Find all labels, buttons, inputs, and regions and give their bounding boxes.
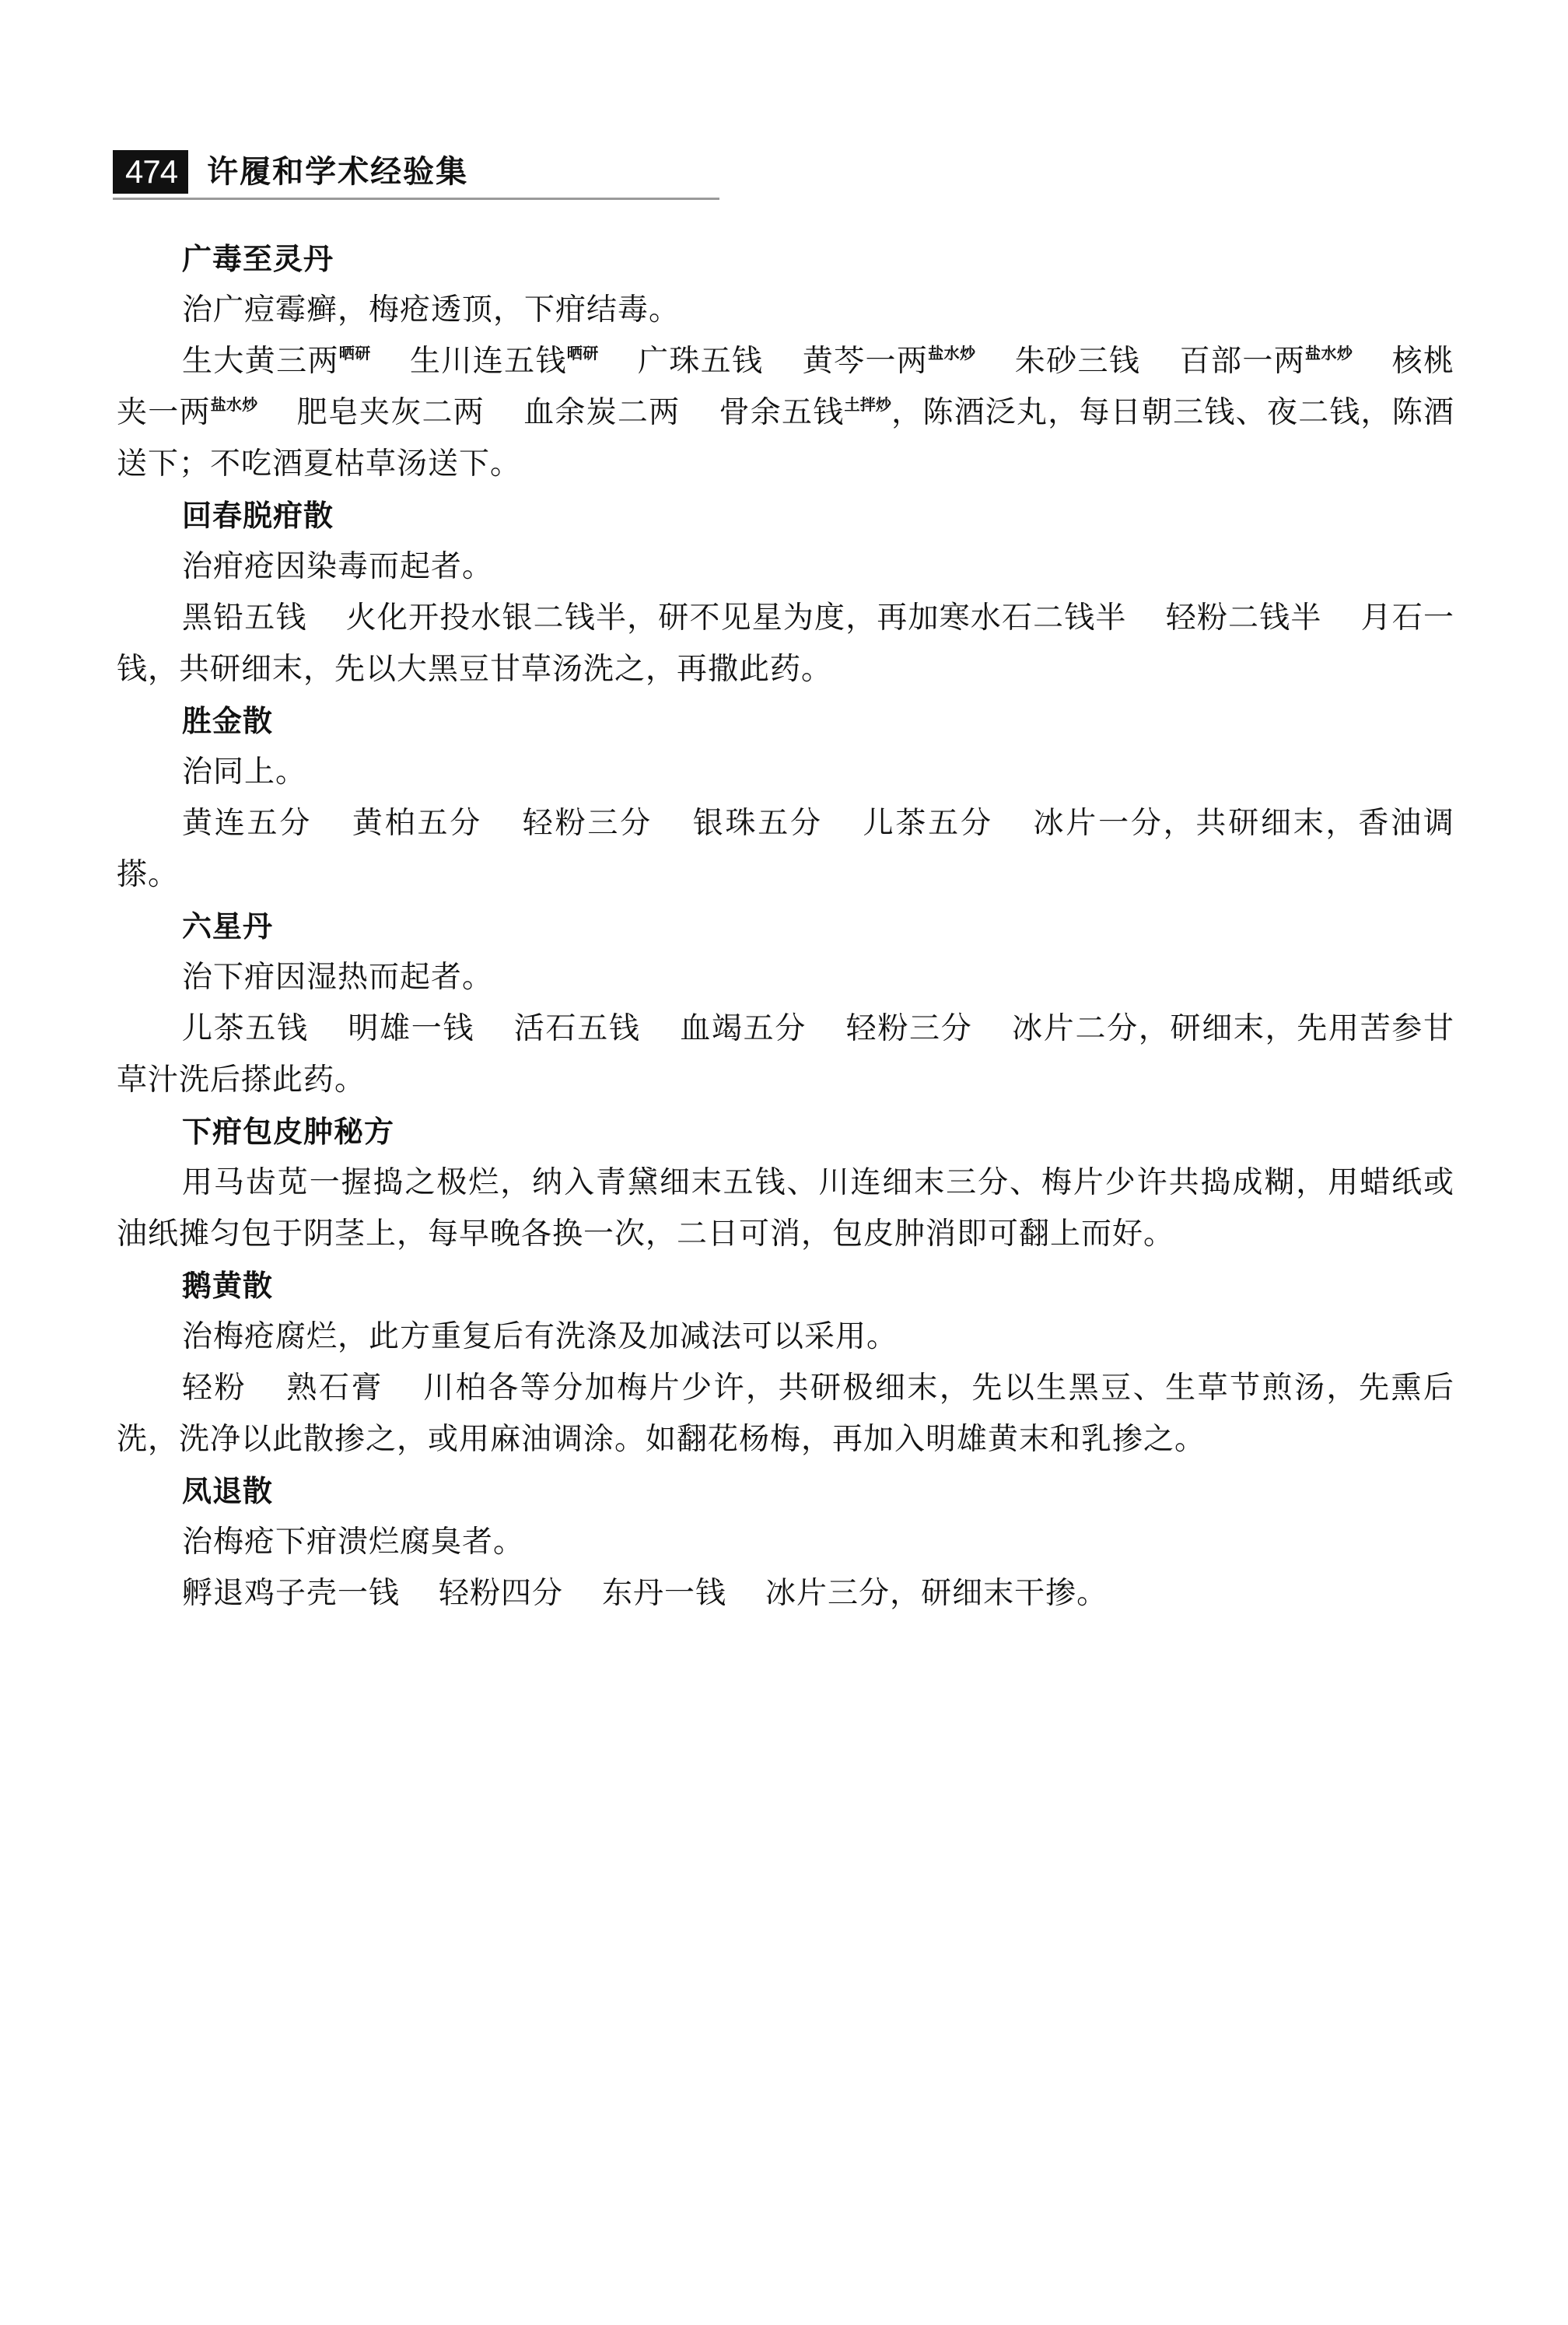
prep-note: 晒研 xyxy=(567,344,599,362)
recipe-formula: 孵退鸡子壳一钱轻粉四分东丹一钱冰片三分，研细末干掺。 xyxy=(117,1568,1454,1619)
ingredient: 儿茶五分 xyxy=(862,806,993,841)
recipe: 广毒至灵丹 治广痘霉癣，梅疮透顶，下疳结毒。 生大黄三两晒研生川连五钱晒研广珠五… xyxy=(117,233,1454,490)
prep-note: 盐水炒 xyxy=(928,344,975,362)
recipe-indication: 治同上。 xyxy=(117,747,1454,798)
recipe-indication: 治疳疮因染毒而起者。 xyxy=(117,541,1454,593)
ingredient: 轻粉 xyxy=(182,1371,247,1406)
ingredient: 黄芩一两 xyxy=(802,344,928,379)
recipe-method: ，研细末干掺。 xyxy=(890,1576,1108,1611)
ingredient: 银珠五分 xyxy=(691,806,823,841)
ingredient: 广珠五钱 xyxy=(638,344,764,379)
recipe-indication: 治梅疮腐烂，此方重复后有洗涤及加减法可以采用。 xyxy=(117,1311,1454,1363)
header-divider xyxy=(113,198,719,200)
ingredient: 朱砂三钱 xyxy=(1014,344,1140,379)
ingredient: 肥皂夹灰二两 xyxy=(296,395,485,430)
page-body: 广毒至灵丹 治广痘霉癣，梅疮透顶，下疳结毒。 生大黄三两晒研生川连五钱晒研广珠五… xyxy=(117,233,1454,1619)
recipe-title: 广毒至灵丹 xyxy=(117,233,1454,285)
ingredient: 轻粉二钱半 xyxy=(1166,601,1322,636)
recipe-indication: 治梅疮下疳溃烂腐臭者。 xyxy=(117,1517,1454,1568)
recipe-formula: 生大黄三两晒研生川连五钱晒研广珠五钱黄芩一两盐水炒朱砂三钱百部一两盐水炒核桃夹一… xyxy=(117,336,1454,490)
prep-note: 土拌炒 xyxy=(844,395,891,414)
ingredient: 黑铅五钱 xyxy=(182,601,307,636)
recipe-title: 回春脱疳散 xyxy=(117,490,1454,541)
ingredient: 生川连五钱 xyxy=(410,344,567,379)
ingredient: 生大黄三两 xyxy=(182,344,339,379)
ingredient: 百部一两 xyxy=(1179,344,1305,379)
ingredient: 活石五钱 xyxy=(513,1011,640,1046)
prep-note: 盐水炒 xyxy=(1305,344,1353,362)
recipe: 六星丹 治下疳因湿热而起者。 儿茶五钱明雄一钱活石五钱血竭五分轻粉三分冰片二分，… xyxy=(117,901,1454,1106)
recipe-formula: 轻粉熟石膏川柏各等分加梅片少许，共研极细末，先以生黑豆、生草节煎汤，先熏后洗，洗… xyxy=(117,1363,1454,1465)
book-title: 许履和学术经验集 xyxy=(207,150,468,194)
ingredient: 冰片一分 xyxy=(1032,806,1164,841)
ingredient: 冰片二分 xyxy=(1011,1011,1138,1046)
ingredient: 黄连五分 xyxy=(182,806,312,841)
recipe-body: 用马齿苋一握捣之极烂，纳入青黛细末五钱、川连细末三分、梅片少许共捣成糊，用蜡纸或… xyxy=(117,1157,1454,1260)
ingredient: 火化开投水银二钱半，研不见星为度，再加寒水石二钱半 xyxy=(346,601,1127,636)
recipe-title: 凤退散 xyxy=(117,1465,1454,1517)
page-header: 474 许履和学术经验集 xyxy=(113,150,468,194)
ingredient: 孵退鸡子壳一钱 xyxy=(182,1576,400,1611)
recipe-formula: 黑铅五钱火化开投水银二钱半，研不见星为度，再加寒水石二钱半轻粉二钱半月石一钱，共… xyxy=(117,593,1454,695)
ingredient: 血竭五分 xyxy=(680,1011,807,1046)
recipe-title: 六星丹 xyxy=(117,901,1454,952)
recipe-title: 下疳包皮肿秘方 xyxy=(117,1106,1454,1157)
prep-note: 盐水炒 xyxy=(211,395,258,414)
ingredient: 东丹一钱 xyxy=(602,1576,726,1611)
recipe: 胜金散 治同上。 黄连五分黄柏五分轻粉三分银珠五分儿茶五分冰片一分，共研细末，香… xyxy=(117,695,1454,901)
ingredient: 川柏各等分加梅片少许 xyxy=(422,1371,746,1406)
ingredient: 冰片三分 xyxy=(765,1576,890,1611)
ingredient: 血余炭二两 xyxy=(523,395,680,430)
recipe-method: ，共研细末，先以大黑豆甘草汤洗之，再撒此药。 xyxy=(148,652,832,687)
prep-note: 晒研 xyxy=(339,344,371,362)
recipe-title: 胜金散 xyxy=(117,695,1454,747)
recipe: 回春脱疳散 治疳疮因染毒而起者。 黑铅五钱火化开投水银二钱半，研不见星为度，再加… xyxy=(117,490,1454,695)
ingredient: 熟石膏 xyxy=(285,1371,383,1406)
recipe-indication: 治广痘霉癣，梅疮透顶，下疳结毒。 xyxy=(117,285,1454,336)
ingredient: 轻粉四分 xyxy=(439,1576,563,1611)
recipe-title: 鹅黄散 xyxy=(117,1260,1454,1311)
ingredient: 骨余五钱 xyxy=(719,395,844,430)
recipe-formula: 儿茶五钱明雄一钱活石五钱血竭五分轻粉三分冰片二分，研细末，先用苦参甘草汁洗后搽此… xyxy=(117,1003,1454,1106)
recipe: 鹅黄散 治梅疮腐烂，此方重复后有洗涤及加减法可以采用。 轻粉熟石膏川柏各等分加梅… xyxy=(117,1260,1454,1465)
ingredient: 轻粉三分 xyxy=(521,806,653,841)
recipe: 凤退散 治梅疮下疳溃烂腐臭者。 孵退鸡子壳一钱轻粉四分东丹一钱冰片三分，研细末干… xyxy=(117,1465,1454,1619)
ingredient: 儿茶五钱 xyxy=(182,1011,309,1046)
recipe-formula: 黄连五分黄柏五分轻粉三分银珠五分儿茶五分冰片一分，共研细末，香油调搽。 xyxy=(117,798,1454,901)
ingredient: 明雄一钱 xyxy=(348,1011,474,1046)
ingredient: 黄柏五分 xyxy=(351,806,482,841)
recipe-indication: 治下疳因湿热而起者。 xyxy=(117,952,1454,1003)
recipe: 下疳包皮肿秘方 用马齿苋一握捣之极烂，纳入青黛细末五钱、川连细末三分、梅片少许共… xyxy=(117,1106,1454,1260)
page-number: 474 xyxy=(113,150,188,194)
ingredient: 轻粉三分 xyxy=(845,1011,972,1046)
